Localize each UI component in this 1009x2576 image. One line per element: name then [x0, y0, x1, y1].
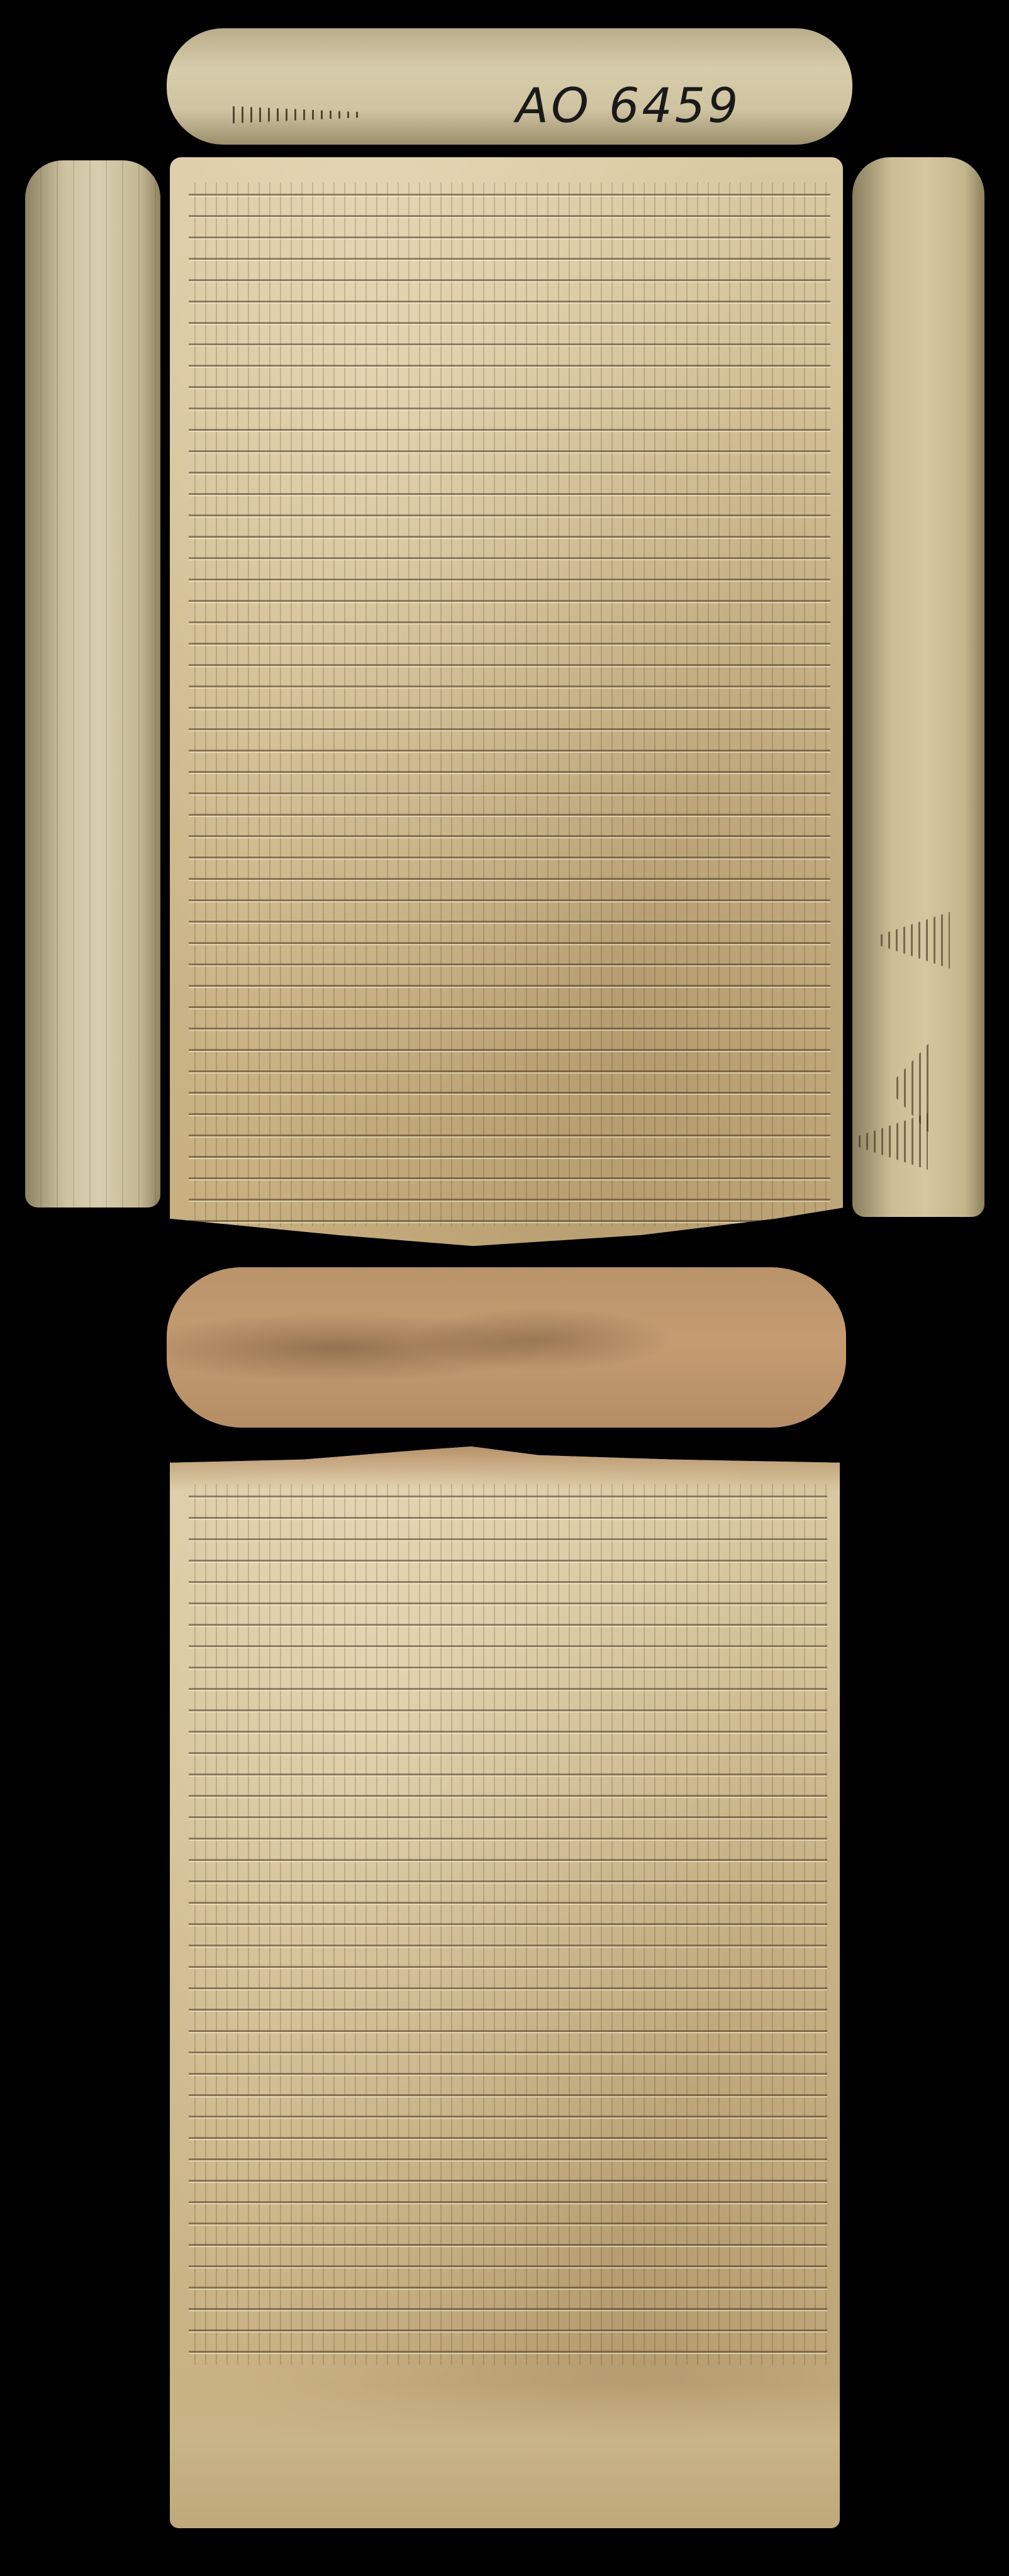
tablet-bottom-edge [167, 1267, 846, 1428]
edge-texture [25, 160, 160, 1207]
cuneiform-sign-group [881, 912, 950, 969]
cuneiform-text-lines [189, 1484, 827, 2365]
tablet-right-edge [852, 157, 984, 1217]
uninscribed-area [170, 2384, 840, 2528]
cuneiform-text-lines [189, 182, 830, 1226]
image-subject: Cuneiform clay tablet, fatcross view [0, 0, 1, 1]
tablet-left-edge [25, 160, 160, 1207]
tablet-obverse [170, 157, 843, 1252]
tablet-reverse [170, 1446, 840, 2528]
cuneiform-sign-group [859, 1113, 928, 1170]
cuneiform-sign-group [233, 101, 359, 129]
tablet-top-edge: AO 6459 [167, 28, 852, 145]
museum-number-label: AO 6459 [516, 77, 740, 133]
